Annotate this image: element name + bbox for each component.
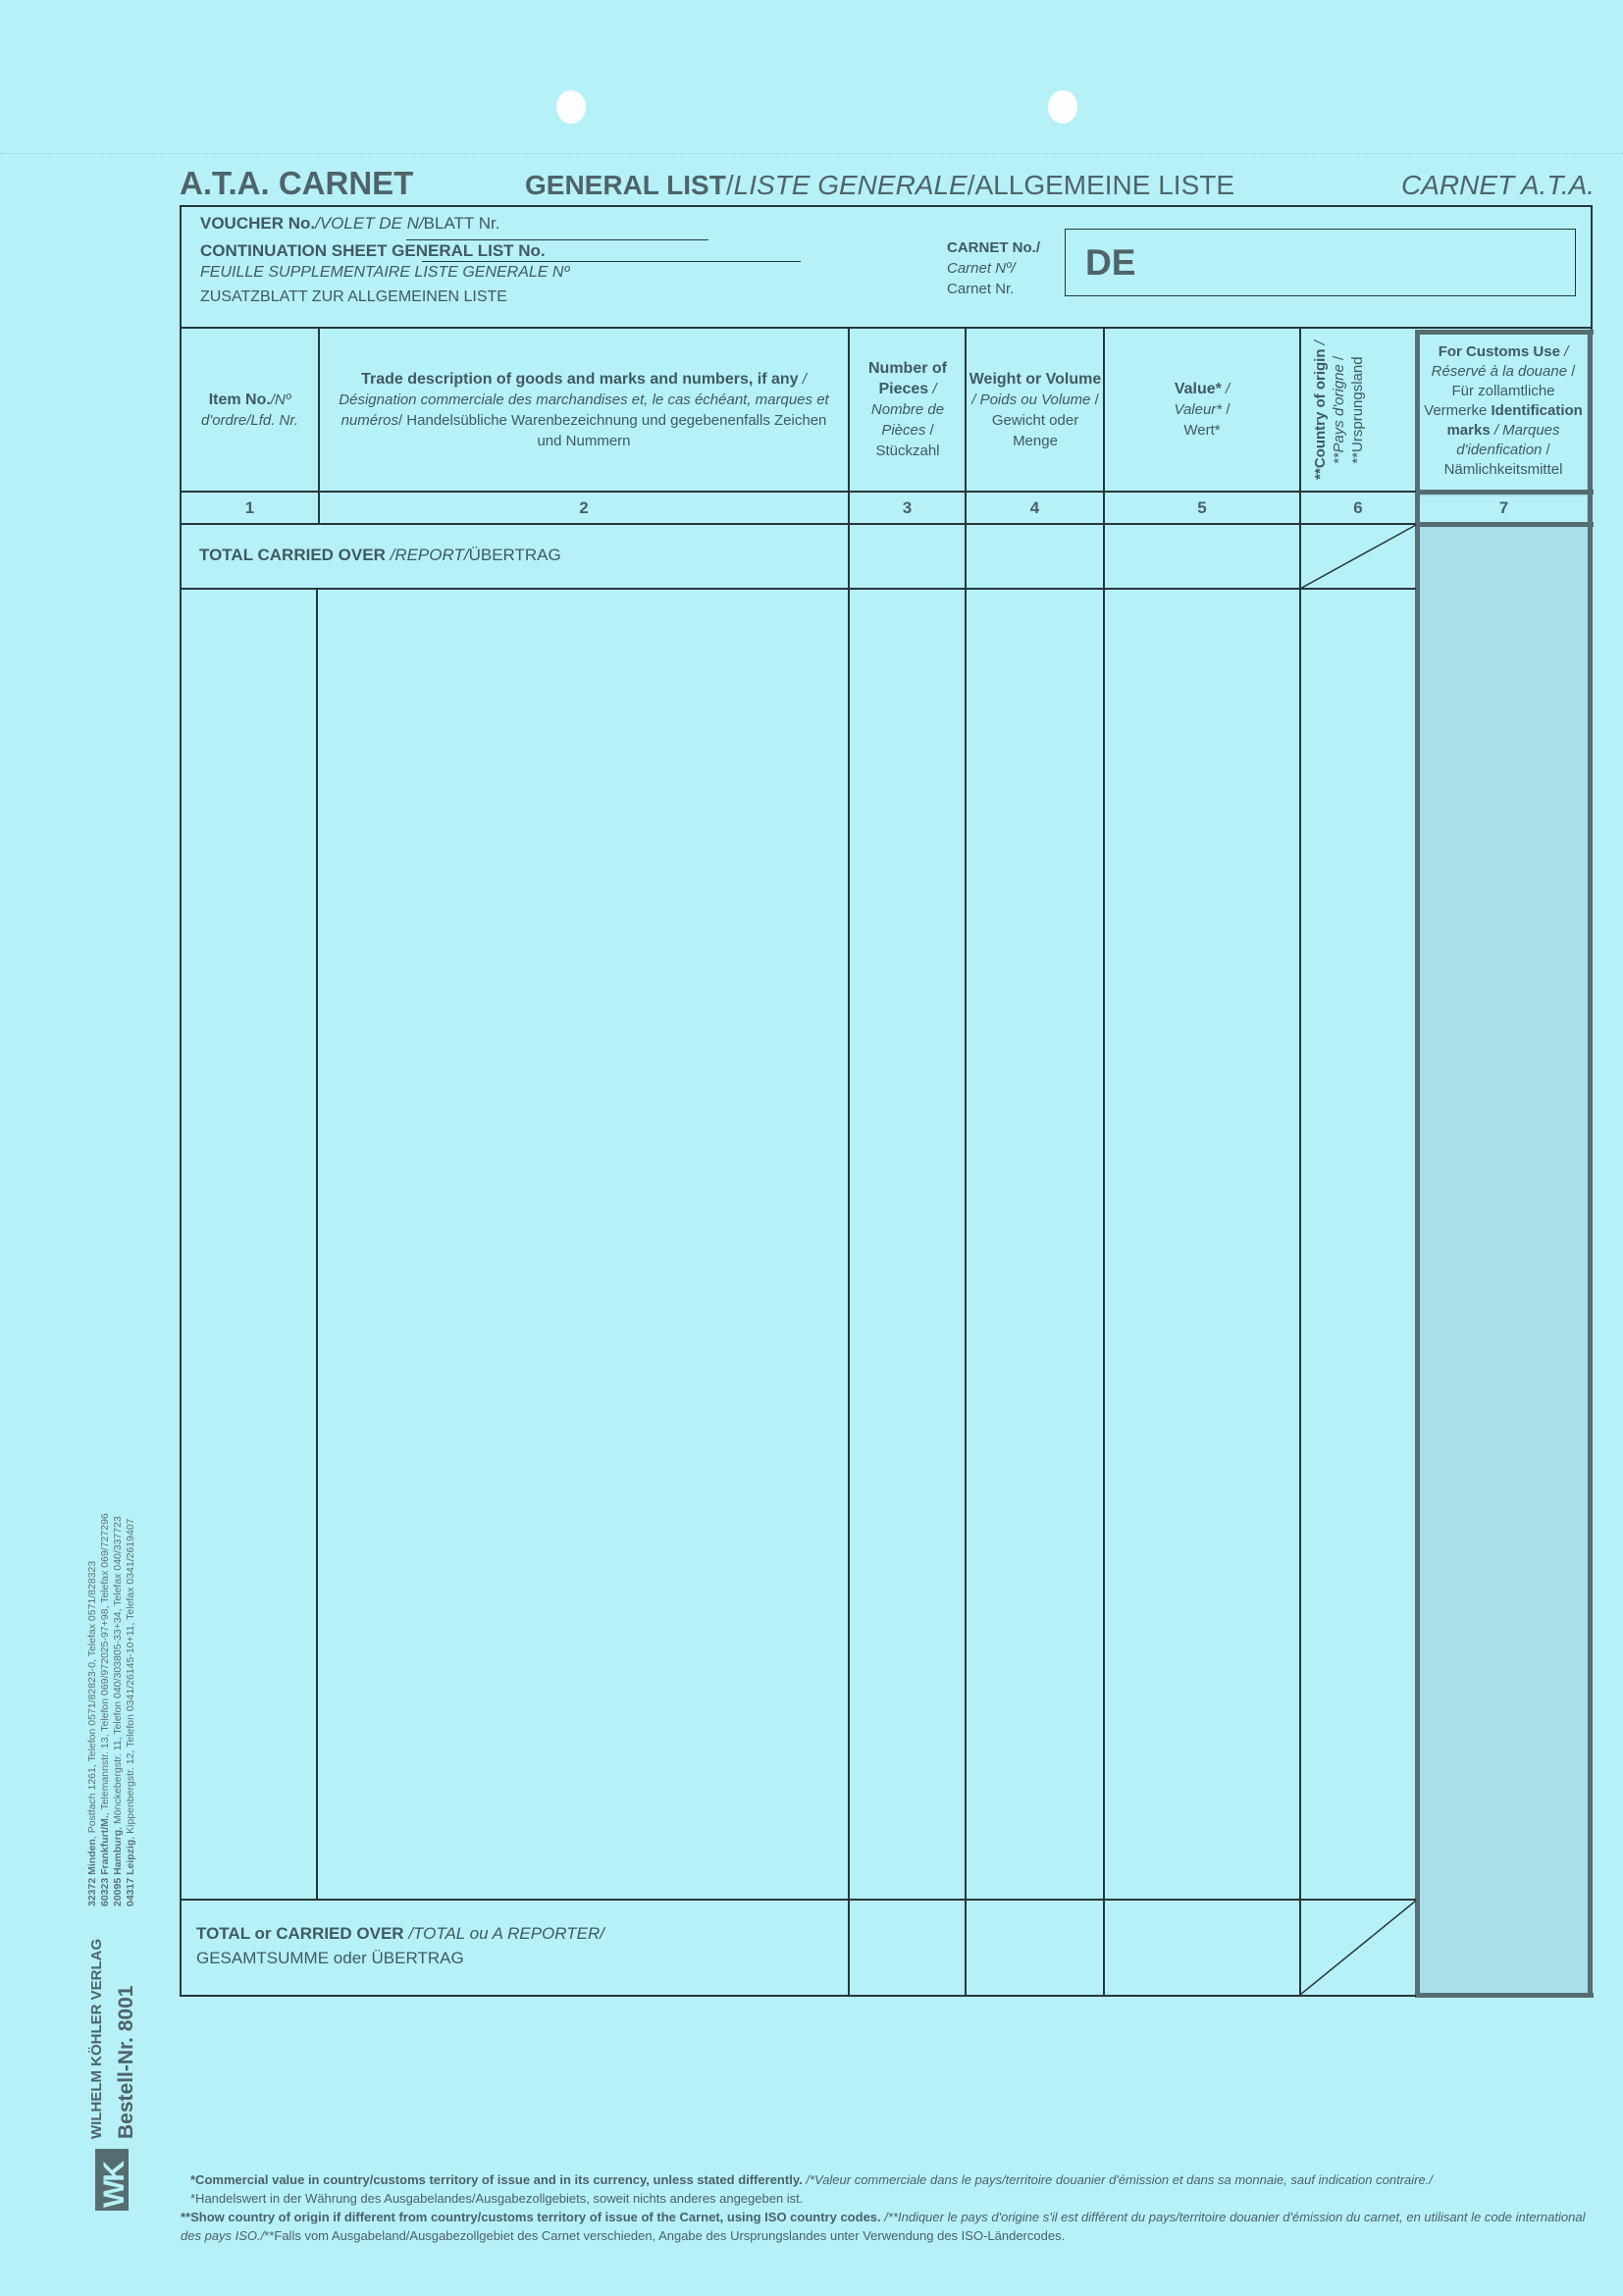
- rule: [1415, 522, 1594, 527]
- title-en: GENERAL LIST: [525, 170, 726, 200]
- city: 20095 Hamburg: [112, 1830, 124, 1906]
- voucher-number-field[interactable]: [406, 226, 708, 240]
- rule: [1588, 330, 1593, 1998]
- hdr-en: For Customs Use: [1439, 343, 1560, 360]
- perforation-line: [0, 153, 1623, 154]
- city: 60323 Frankfurt/M.: [99, 1815, 111, 1906]
- total-de: GESAMTSUMME oder ÜBERTRAG: [196, 1946, 604, 1970]
- logo-text: WK: [98, 2163, 129, 2208]
- column-header-trade-description: Trade description of goods and marks and…: [334, 329, 834, 491]
- carnet-label-de: Carnet Nr.: [947, 279, 1040, 299]
- title-ata-carnet: A.T.A. CARNET: [180, 165, 413, 202]
- carried-over-weight-field[interactable]: [967, 525, 1103, 588]
- continuation-label-de: ZUSATZBLATT ZUR ALLGEMEINEN LISTE: [200, 288, 507, 306]
- carnet-label-en: CARNET No./: [947, 237, 1040, 258]
- column-header-country-of-origin: **Country of origin / **Pays d'origne / …: [1311, 337, 1367, 484]
- rule: [180, 205, 1593, 207]
- co-de: ÜBERTRAG: [469, 546, 561, 564]
- addr: , Postfach 1261, Telefon 0571/82823-0, T…: [86, 1561, 98, 1839]
- addr: , Mönckebergstr. 11, Telefon 040/303805-…: [112, 1516, 124, 1830]
- customs-column: [1417, 331, 1589, 1997]
- rule: [1415, 1993, 1594, 1998]
- footnote-1-de: *Handelswert in der Währung des Ausgabel…: [181, 2189, 1594, 2208]
- column-number-6: 6: [1301, 493, 1415, 523]
- continuation-number-field[interactable]: [422, 251, 801, 262]
- address-leipzig: 04317 Leipzig, Kippenbergstr. 12, Telefo…: [125, 1513, 137, 1906]
- publisher-name: WILHELM KÖHLER VERLAG: [88, 1939, 105, 2139]
- co-en: TOTAL CARRIED OVER: [199, 546, 386, 564]
- carried-over-pieces-field[interactable]: [850, 525, 965, 588]
- column-number-3: 3: [850, 493, 965, 523]
- voucher-en: VOUCHER No.: [200, 214, 315, 233]
- hdr-en: Item No.: [209, 391, 271, 408]
- punch-hole-right: [1048, 90, 1077, 124]
- sep: /: [726, 170, 734, 200]
- rule: [180, 1995, 1416, 1997]
- pieces-column-field[interactable]: [850, 590, 965, 1899]
- carnet-country-prefix: DE: [1085, 242, 1135, 284]
- carnet-no-label: CARNET No./ Carnet Nº/ Carnet Nr.: [947, 237, 1040, 299]
- total-label: TOTAL or CARRIED OVER /TOTAL ou A REPORT…: [196, 1921, 604, 1970]
- footnotes: *Commercial value in country/customs ter…: [181, 2170, 1594, 2245]
- fn2-de: **Falls vom Ausgabeland/Ausgabezollgebie…: [264, 2228, 1065, 2243]
- column-header-value: Value* / Valeur* / Wert*: [1119, 329, 1285, 491]
- total-fr: /TOTAL ou A REPORTER/: [408, 1924, 604, 1943]
- item-no-column-field[interactable]: [182, 590, 316, 1899]
- fn1-en: *Commercial value in country/customs ter…: [190, 2172, 803, 2187]
- title-de: ALLGEMEINE LISTE: [975, 170, 1235, 200]
- total-pieces-field[interactable]: [850, 1901, 965, 1995]
- column-number-7: 7: [1420, 495, 1588, 522]
- hdr-en: **Country of origin: [1312, 349, 1329, 480]
- column-header-number-of-pieces: Number of Pieces / Nombre de Pièces / St…: [852, 329, 964, 491]
- title-fr: LISTE GENERALE: [734, 170, 968, 200]
- address-minden: 32372 Minden, Postfach 1261, Telefon 057…: [86, 1513, 99, 1906]
- wk-logo-icon: WK: [95, 2149, 129, 2211]
- column-header-customs-use: For Customs Use / Réservé à la douane / …: [1421, 334, 1586, 489]
- total-weight-field[interactable]: [967, 1901, 1103, 1995]
- city: 32372 Minden: [86, 1839, 98, 1906]
- column-header-weight-volume: Weight or Volume / Poids ou Volume / Gew…: [969, 329, 1102, 491]
- hdr-fr: / Poids ou Volume: [971, 391, 1090, 408]
- carried-over-label: TOTAL CARRIED OVER /REPORT/ÜBERTRAG: [199, 546, 561, 565]
- hdr-en: Weight or Volume: [969, 371, 1102, 388]
- column-number-2: 2: [320, 493, 848, 523]
- rule: [1591, 205, 1593, 334]
- hdr-de: / Handelsübliche Warenbezeichnung und ge…: [398, 412, 826, 449]
- order-number: Bestell-Nr. 8001: [115, 1986, 138, 2139]
- sep: /: [968, 170, 975, 200]
- punch-hole-left: [556, 90, 586, 124]
- carnet-label-fr: Carnet Nº/: [947, 258, 1040, 279]
- column-number-5: 5: [1105, 493, 1299, 523]
- column6-diagonal-bottom: [1300, 1900, 1418, 1997]
- column-header-item-no: Item No./Nº d'ordre/Lfd. Nr.: [182, 329, 318, 491]
- hdr-en: Trade description of goods and marks and…: [361, 371, 798, 388]
- description-column-field[interactable]: [318, 590, 848, 1899]
- fn2-en: **Show country of origin if different fr…: [181, 2210, 881, 2224]
- title-carnet-ata: CARNET A.T.A.: [1401, 170, 1595, 201]
- address-frankfurt: 60323 Frankfurt/M., Telemannstr. 13, Tel…: [99, 1513, 112, 1906]
- total-en: TOTAL or CARRIED OVER: [196, 1924, 404, 1943]
- city: 04317 Leipzig: [125, 1840, 136, 1906]
- total-value-field[interactable]: [1105, 1901, 1299, 1995]
- fn1-fr: /*Valeur commerciale dans le pays/territ…: [806, 2172, 1433, 2187]
- publisher-addresses: 32372 Minden, Postfach 1261, Telefon 057…: [86, 1513, 137, 1906]
- hdr-en: Value*: [1175, 381, 1222, 397]
- carnet-number-field[interactable]: DE: [1065, 229, 1576, 296]
- addr: , Telemannstr. 13, Telefon 069/972025-97…: [99, 1513, 111, 1815]
- address-hamburg: 20095 Hamburg, Mönckebergstr. 11, Telefo…: [112, 1513, 125, 1906]
- carried-over-value-field[interactable]: [1105, 525, 1299, 588]
- continuation-label-fr: FEUILLE SUPPLEMENTAIRE LISTE GENERALE Nº: [200, 264, 569, 282]
- country-column-field[interactable]: [1301, 590, 1415, 1899]
- co-fr: /REPORT/: [391, 546, 469, 564]
- column6-diagonal-top: [1300, 524, 1418, 591]
- addr: , Kippenbergstr. 12, Telefon 0341/26145-…: [125, 1518, 136, 1839]
- footnote-2: **Show country of origin if different fr…: [181, 2208, 1594, 2245]
- value-column-field[interactable]: [1105, 590, 1299, 1899]
- column-number-1: 1: [182, 493, 318, 523]
- footnote-1: *Commercial value in country/customs ter…: [181, 2170, 1594, 2189]
- title-general-list: GENERAL LIST/LISTE GENERALE/ALLGEMEINE L…: [525, 170, 1234, 201]
- weight-column-field[interactable]: [967, 590, 1103, 1899]
- column-number-4: 4: [967, 493, 1103, 523]
